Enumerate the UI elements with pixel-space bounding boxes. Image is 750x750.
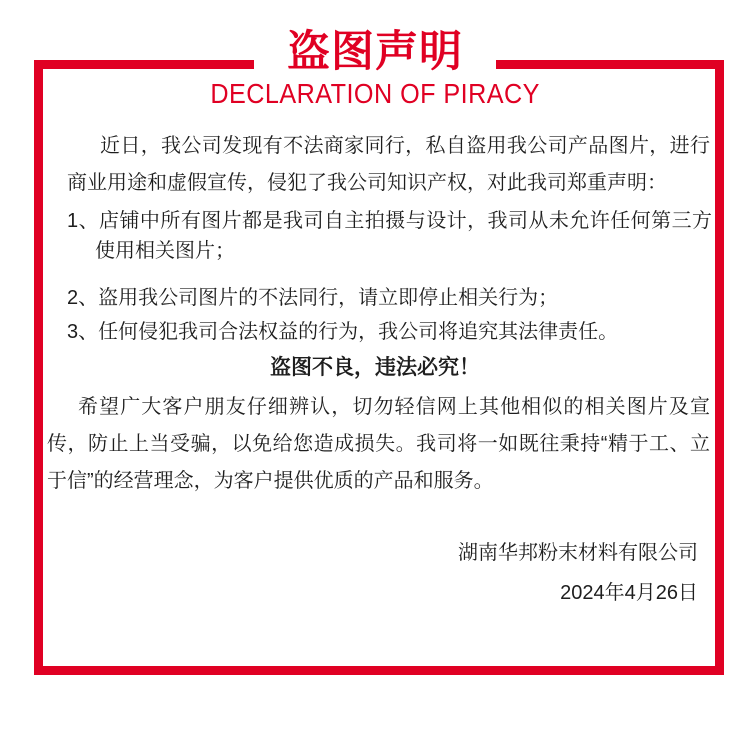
warning-statement: 盗图不良，违法必究！ [0, 353, 750, 383]
list-item-2: 2、盗用我公司图片的不法同行，请立即停止相关行为； [67, 283, 712, 313]
list-item-2-number: 2、 [67, 287, 98, 309]
page-subtitle: DECLARATION OF PIRACY [0, 78, 750, 110]
closing-paragraph: 希望广大客户朋友仔细辨认，切勿轻信网上其他相似的相关图片及宣传，防止上当受骗，以… [47, 389, 710, 500]
list-item-3-number: 3、 [67, 321, 98, 343]
list-item-1: 1、店铺中所有图片都是我司自主拍摄与设计，我司从未允许任何第三方使用相关图片； [67, 206, 712, 266]
list-item-3-text: 任何侵犯我司合法权益的行为，我公司将追究其法律责任。 [98, 321, 618, 343]
page-title: 盗图声明 [287, 28, 463, 76]
company-signature: 湖南华邦粉末材料有限公司 [0, 540, 698, 566]
list-item-2-text: 盗用我公司图片的不法同行，请立即停止相关行为； [98, 287, 558, 309]
list-item-1-number: 1、 [67, 210, 99, 232]
declaration-date: 2024年4月26日 [0, 580, 698, 606]
list-item-3: 3、任何侵犯我司合法权益的行为，我公司将追究其法律责任。 [67, 317, 712, 347]
title-banner: 盗图声明 [254, 28, 496, 76]
list-item-1-text: 店铺中所有图片都是我司自主拍摄与设计，我司从未允许任何第三方使用相关图片； [95, 210, 712, 262]
page-subtitle-text: DECLARATION OF PIRACY [210, 78, 540, 110]
intro-paragraph: 近日，我公司发现有不法商家同行，私自盗用我公司产品图片，进行商业用途和虚假宣传，… [67, 128, 710, 202]
piracy-declaration-page: 盗图声明 DECLARATION OF PIRACY 近日，我公司发现有不法商家… [0, 0, 750, 750]
